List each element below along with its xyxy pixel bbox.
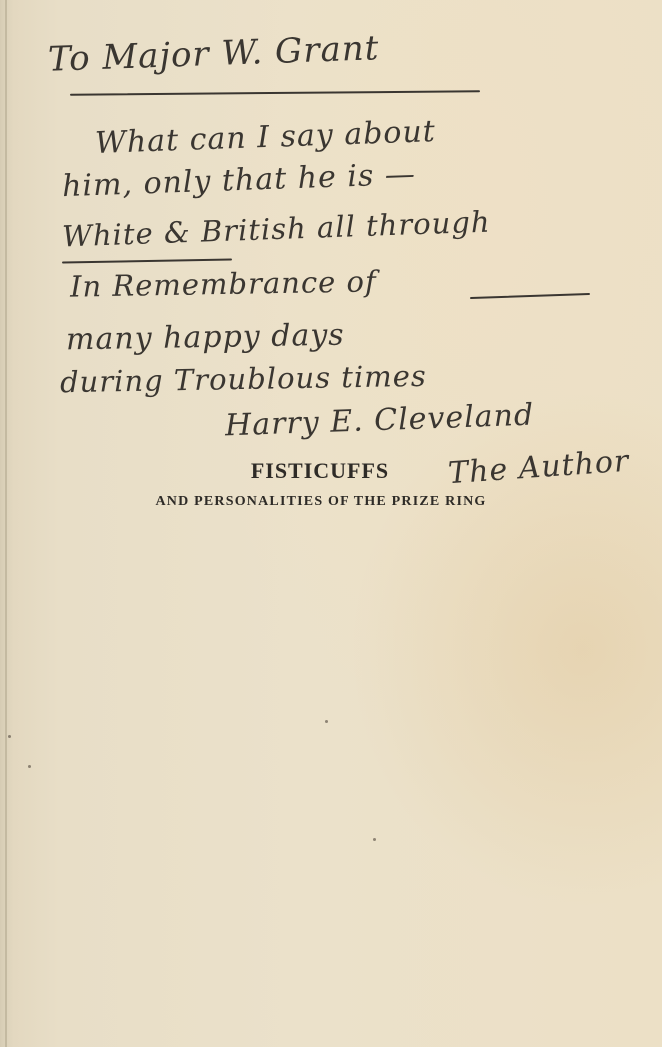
inscription-line-6: during Troublous times bbox=[60, 359, 427, 399]
book-title: FISTICUFFS bbox=[0, 458, 640, 484]
white-underline bbox=[62, 259, 232, 264]
inscription-line-1: What can I say about bbox=[94, 114, 436, 161]
book-subtitle: AND PERSONALITIES OF THE PRIZE RING bbox=[0, 494, 642, 510]
inscription-line-5: many happy days bbox=[66, 318, 345, 358]
dedication-line: To Major W. Grant bbox=[47, 28, 380, 80]
book-page: To Major W. Grant What can I say about h… bbox=[0, 0, 662, 1047]
paper-speck bbox=[8, 735, 11, 738]
paper-speck bbox=[325, 720, 328, 723]
signature: Harry E. Cleveland bbox=[224, 398, 534, 444]
paper-speck bbox=[28, 765, 31, 768]
inscription-line-2: him, only that he is — bbox=[61, 157, 416, 204]
inscription-line-4: In Remembrance of bbox=[70, 264, 377, 303]
paper-speck bbox=[373, 838, 376, 841]
dedication-underline bbox=[70, 90, 480, 96]
handwritten-inscription: To Major W. Grant What can I say about h… bbox=[0, 0, 662, 530]
inscription-line-3: White & British all through bbox=[62, 205, 492, 254]
remembrance-underline bbox=[470, 293, 590, 299]
